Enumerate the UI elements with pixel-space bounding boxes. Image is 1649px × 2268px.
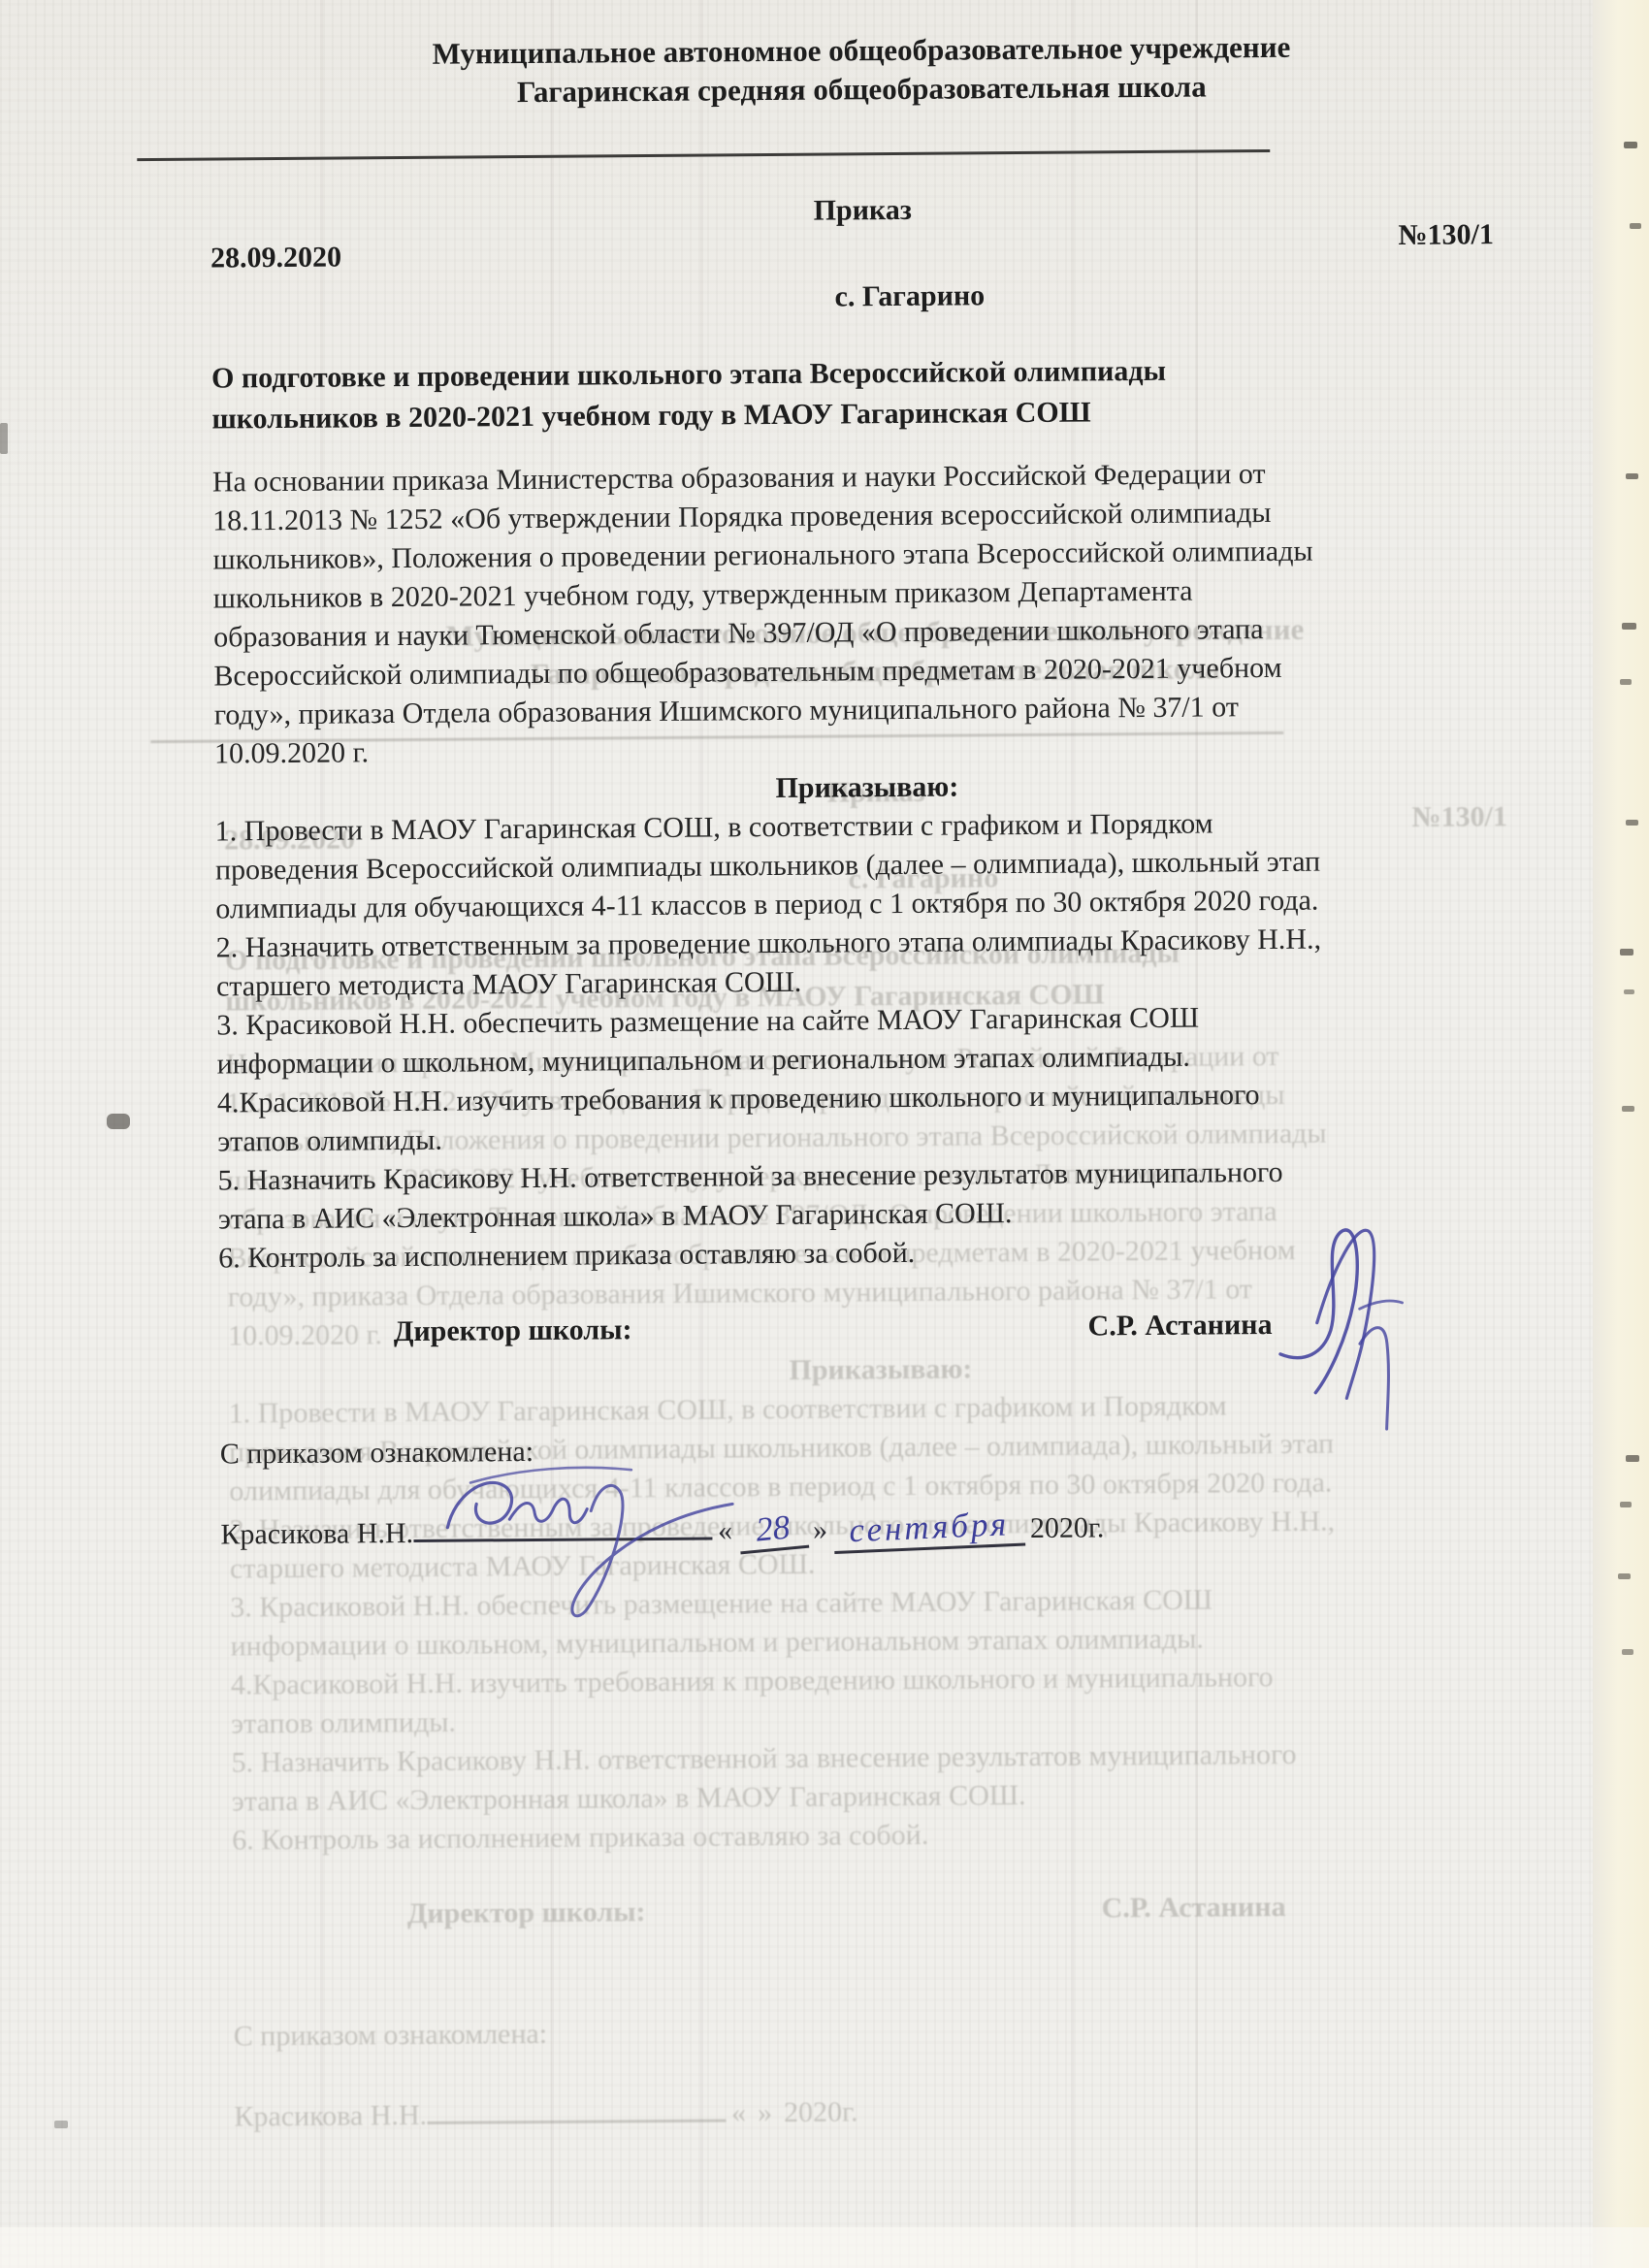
acknowledgement-label: С приказом ознакомлена: (220, 1425, 1525, 1474)
order-item-2: 2. Назначить ответственным за проведение… (216, 919, 1522, 1007)
organization-header: Муниципальное автономное общеобразовател… (209, 26, 1514, 114)
order-preamble: На основании приказа Министерства образо… (212, 453, 1519, 774)
scan-artifact (1622, 1649, 1633, 1655)
director-name: С.Р. Астанина (1087, 1306, 1272, 1345)
scan-artifact (1618, 1573, 1631, 1579)
order-items: 1. Провести в МАОУ Гагаринская СОШ, в со… (215, 802, 1524, 1279)
director-label: Директор школы: (394, 1311, 632, 1351)
order-subject: О подготовке и проведении школьного этап… (211, 348, 1517, 440)
close-quote: » (813, 1511, 827, 1550)
director-signature-row: Директор школы: С.Р. Астанина (219, 1304, 1524, 1353)
order-item-1: 1. Провести в МАОУ Гагаринская СОШ, в со… (215, 802, 1521, 929)
order-title: Приказ (210, 186, 1515, 236)
order-date: 28.09.2020 (210, 239, 341, 278)
order-number: №130/1 (1398, 215, 1515, 255)
header-divider (137, 149, 1270, 161)
order-item-4: 4.Красиковой Н.Н. изучить требования к п… (217, 1074, 1523, 1162)
order-meta-row: 28.09.2020 №130/1 (210, 229, 1515, 278)
scanned-document-page: Муниципальное автономное общеобразовател… (0, 0, 1649, 2268)
order-document: Муниципальное автономное общеобразовател… (0, 0, 1649, 1557)
handwritten-day: 28 (736, 1507, 809, 1555)
acknowledgement-row: Красикова Н.Н. « 28 » сентября 2020г. (220, 1498, 1525, 1556)
acknowledgement-year: 2020г. (1030, 1508, 1105, 1548)
handwritten-month: сентября (832, 1505, 1025, 1554)
order-item-3: 3. Красиковой Н.Н. обеспечить размещение… (216, 996, 1522, 1085)
order-place: с. Гагарино (210, 273, 1515, 322)
open-quote: « (718, 1511, 732, 1550)
director-signature-ink (1266, 1207, 1510, 1432)
page-bottom-edge (0, 2227, 1649, 2268)
scan-smudge (54, 2121, 68, 2128)
acknowledgement-name: Красикова Н.Н. (220, 1514, 413, 1555)
signature-underline (413, 1505, 712, 1542)
